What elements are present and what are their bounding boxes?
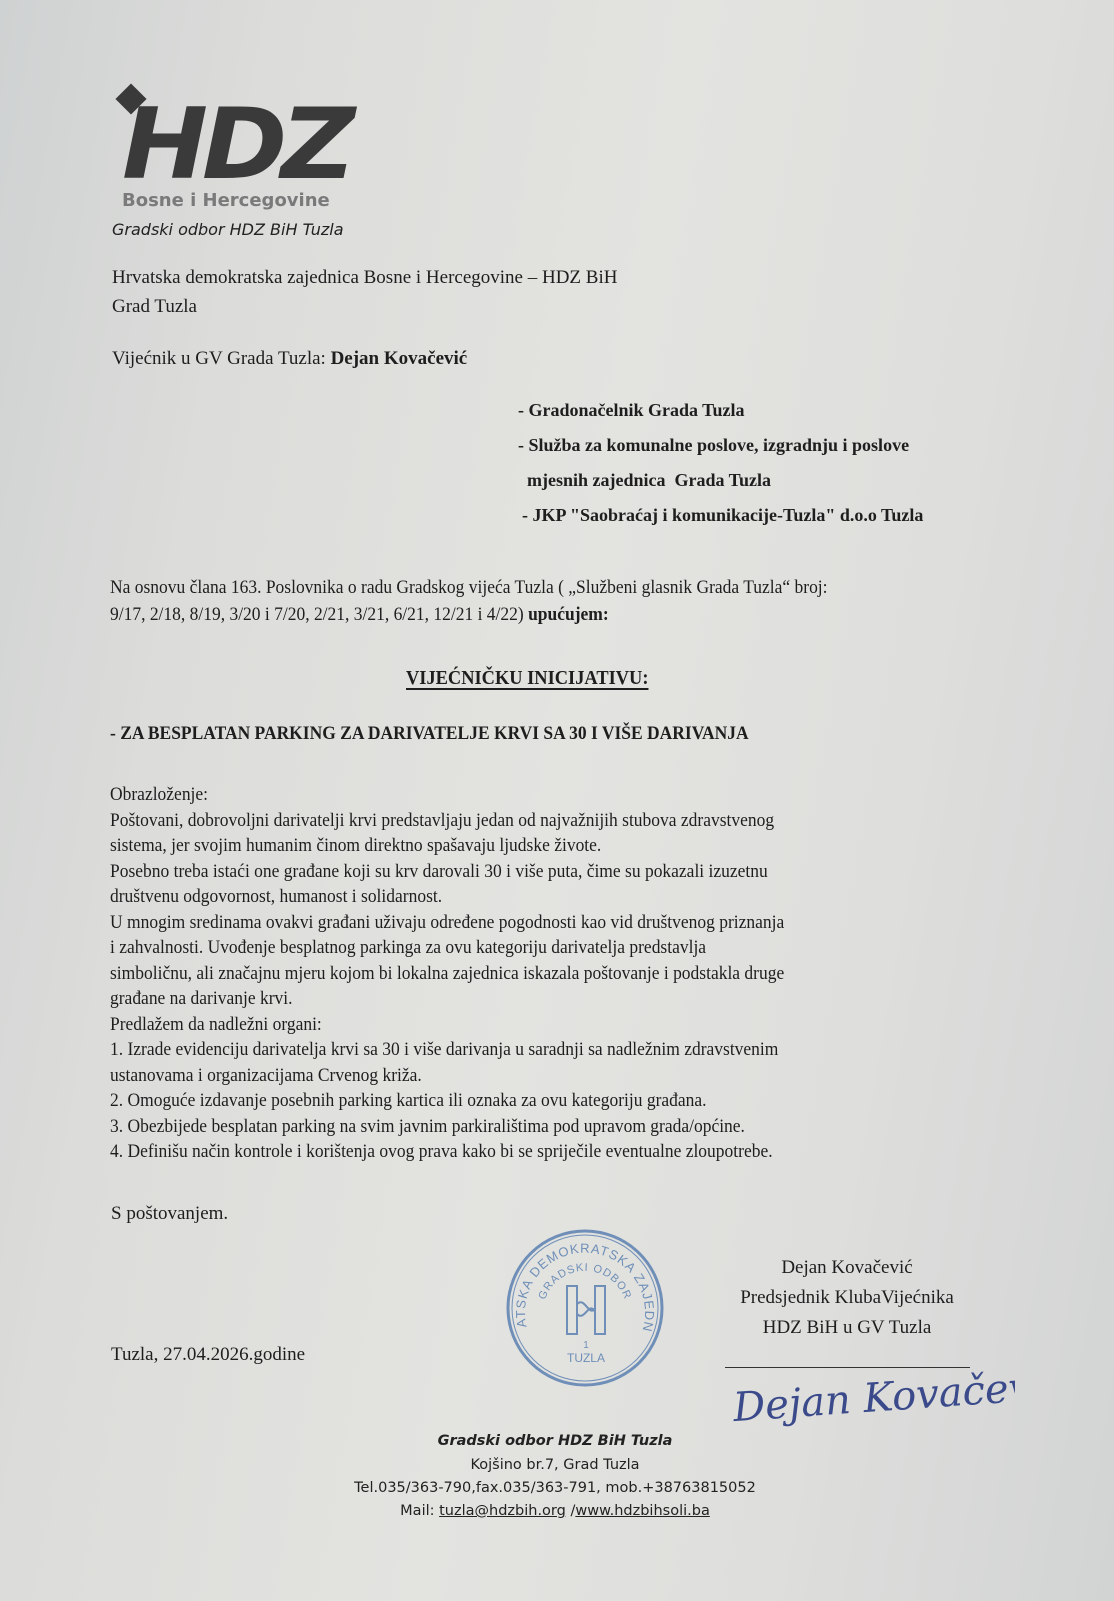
- footer-contact: Tel.035/363-790,fax.035/363-791, mob.+38…: [0, 1480, 1112, 1496]
- svg-text:GRADSKI ODBOR: GRADSKI ODBOR: [536, 1262, 633, 1302]
- place-date: Tuzla, 27.04.2026.godine: [111, 1344, 305, 1366]
- explanation-line: ustanovama i organizacijama Crvenog križ…: [110, 1063, 784, 1089]
- signatory-body: HDZ BiH u GV Tuzla: [712, 1313, 982, 1343]
- logo-subtitle: Bosne i Hercegovine: [122, 190, 330, 211]
- explanation-line: Predlažem da nadležni organi:: [110, 1012, 784, 1038]
- explanation-line: sistema, jer svojim humanim činom direkt…: [110, 833, 784, 859]
- councillor-line: Vijećnik u GV Grada Tuzla: Dejan Kovačev…: [112, 348, 467, 370]
- explanation-lines: Poštovani, dobrovoljni darivatelji krvi …: [110, 808, 784, 1165]
- sender-line1: Hrvatska demokratska zajednica Bosne i H…: [112, 267, 617, 289]
- footer-email-link[interactable]: tuzla@hdzbih.org: [439, 1503, 566, 1519]
- signatory-title: Predsjednik KlubaVijećnika: [712, 1283, 982, 1313]
- intro-line2: 9/17, 2/18, 8/19, 3/20 i 7/20, 2/21, 3/2…: [110, 604, 609, 626]
- intro-action: upućujem:: [528, 604, 609, 625]
- svg-text:TUZLA: TUZLA: [567, 1351, 605, 1365]
- footer-mail-label: Mail:: [400, 1503, 439, 1519]
- footer-org: Gradski odbor HDZ BiH Tuzla: [0, 1433, 1112, 1449]
- hdz-logo: HDZ Bosne i Hercegovine: [112, 86, 372, 216]
- footer-address: Kojšino br.7, Grad Tuzla: [0, 1457, 1112, 1473]
- handwritten-signature: Dejan Kovačević: [725, 1360, 1015, 1440]
- explanation-label: Obrazloženje:: [110, 782, 784, 808]
- sender-line2: Grad Tuzla: [112, 296, 197, 318]
- intro-references: 9/17, 2/18, 8/19, 3/20 i 7/20, 2/21, 3/2…: [110, 604, 528, 625]
- explanation-line: Posebno treba istaći one građane koji su…: [110, 859, 784, 885]
- explanation-line: i zahvalnosti. Uvođenje besplatnog parki…: [110, 935, 784, 961]
- explanation-line: simboličnu, ali značajnu mjeru kojom bi …: [110, 961, 784, 987]
- svg-text:HRVATSKA DEMOKRATSKA ZAJEDNICA: HRVATSKA DEMOKRATSKA ZAJEDNICA: [505, 1228, 657, 1334]
- recipient-3: - JKP "Saobraćaj i komunikacije-Tuzla" d…: [522, 505, 923, 526]
- explanation-line: 2. Omoguće izdavanje posebnih parking ka…: [110, 1088, 784, 1114]
- signatory-name: Dejan Kovačević: [712, 1253, 982, 1283]
- letterhead-org: Gradski odbor HDZ BiH Tuzla: [112, 220, 344, 239]
- footer-website-link[interactable]: www.hdzbihsoli.ba: [575, 1503, 709, 1519]
- councillor-name: Dejan Kovačević: [331, 348, 468, 369]
- intro-line1: Na osnovu člana 163. Poslovnika o radu G…: [110, 577, 828, 599]
- signatory-block: Dejan Kovačević Predsjednik KlubaVijećni…: [712, 1253, 982, 1343]
- stamp-seal-icon: HRVATSKA DEMOKRATSKA ZAJEDNICA GRADSKI O…: [505, 1228, 665, 1388]
- official-stamp: HRVATSKA DEMOKRATSKA ZAJEDNICA GRADSKI O…: [505, 1228, 665, 1388]
- svg-text:Dejan Kovačević: Dejan Kovačević: [731, 1362, 1015, 1431]
- document-heading: VIJEĆNIČKU INICIJATIVU:: [406, 667, 648, 690]
- recipient-2: - Služba za komunalne poslove, izgradnju…: [518, 435, 909, 456]
- closing: S poštovanjem.: [111, 1203, 228, 1225]
- recipient-1: - Gradonačelnik Grada Tuzla: [518, 400, 745, 421]
- svg-text:1: 1: [583, 1340, 589, 1351]
- footer-mail: Mail: tuzla@hdzbih.org /www.hdzbihsoli.b…: [0, 1503, 1112, 1519]
- explanation-line: 4. Definišu način kontrole i korištenja …: [110, 1139, 784, 1165]
- explanation-line: 1. Izrade evidenciju darivatelja krvi sa…: [110, 1037, 784, 1063]
- explanation-line: 3. Obezbijede besplatan parking na svim …: [110, 1114, 784, 1140]
- logo-text: HDZ: [122, 96, 349, 194]
- footer-separator: /: [566, 1503, 576, 1519]
- explanation-line: građane na darivanje krvi.: [110, 986, 784, 1012]
- councillor-label: Vijećnik u GV Grada Tuzla:: [112, 348, 331, 369]
- explanation-line: društvenu odgovornost, humanost i solida…: [110, 884, 784, 910]
- explanation-block: Obrazloženje: Poštovani, dobrovoljni dar…: [110, 782, 784, 1165]
- explanation-line: Poštovani, dobrovoljni darivatelji krvi …: [110, 808, 784, 834]
- explanation-line: U mnogim sredinama ovakvi građani uživaj…: [110, 910, 784, 936]
- initiative-subject: - ZA BESPLATAN PARKING ZA DARIVATELJE KR…: [110, 723, 749, 745]
- recipient-2-cont: mjesnih zajednica Grada Tuzla: [518, 470, 771, 491]
